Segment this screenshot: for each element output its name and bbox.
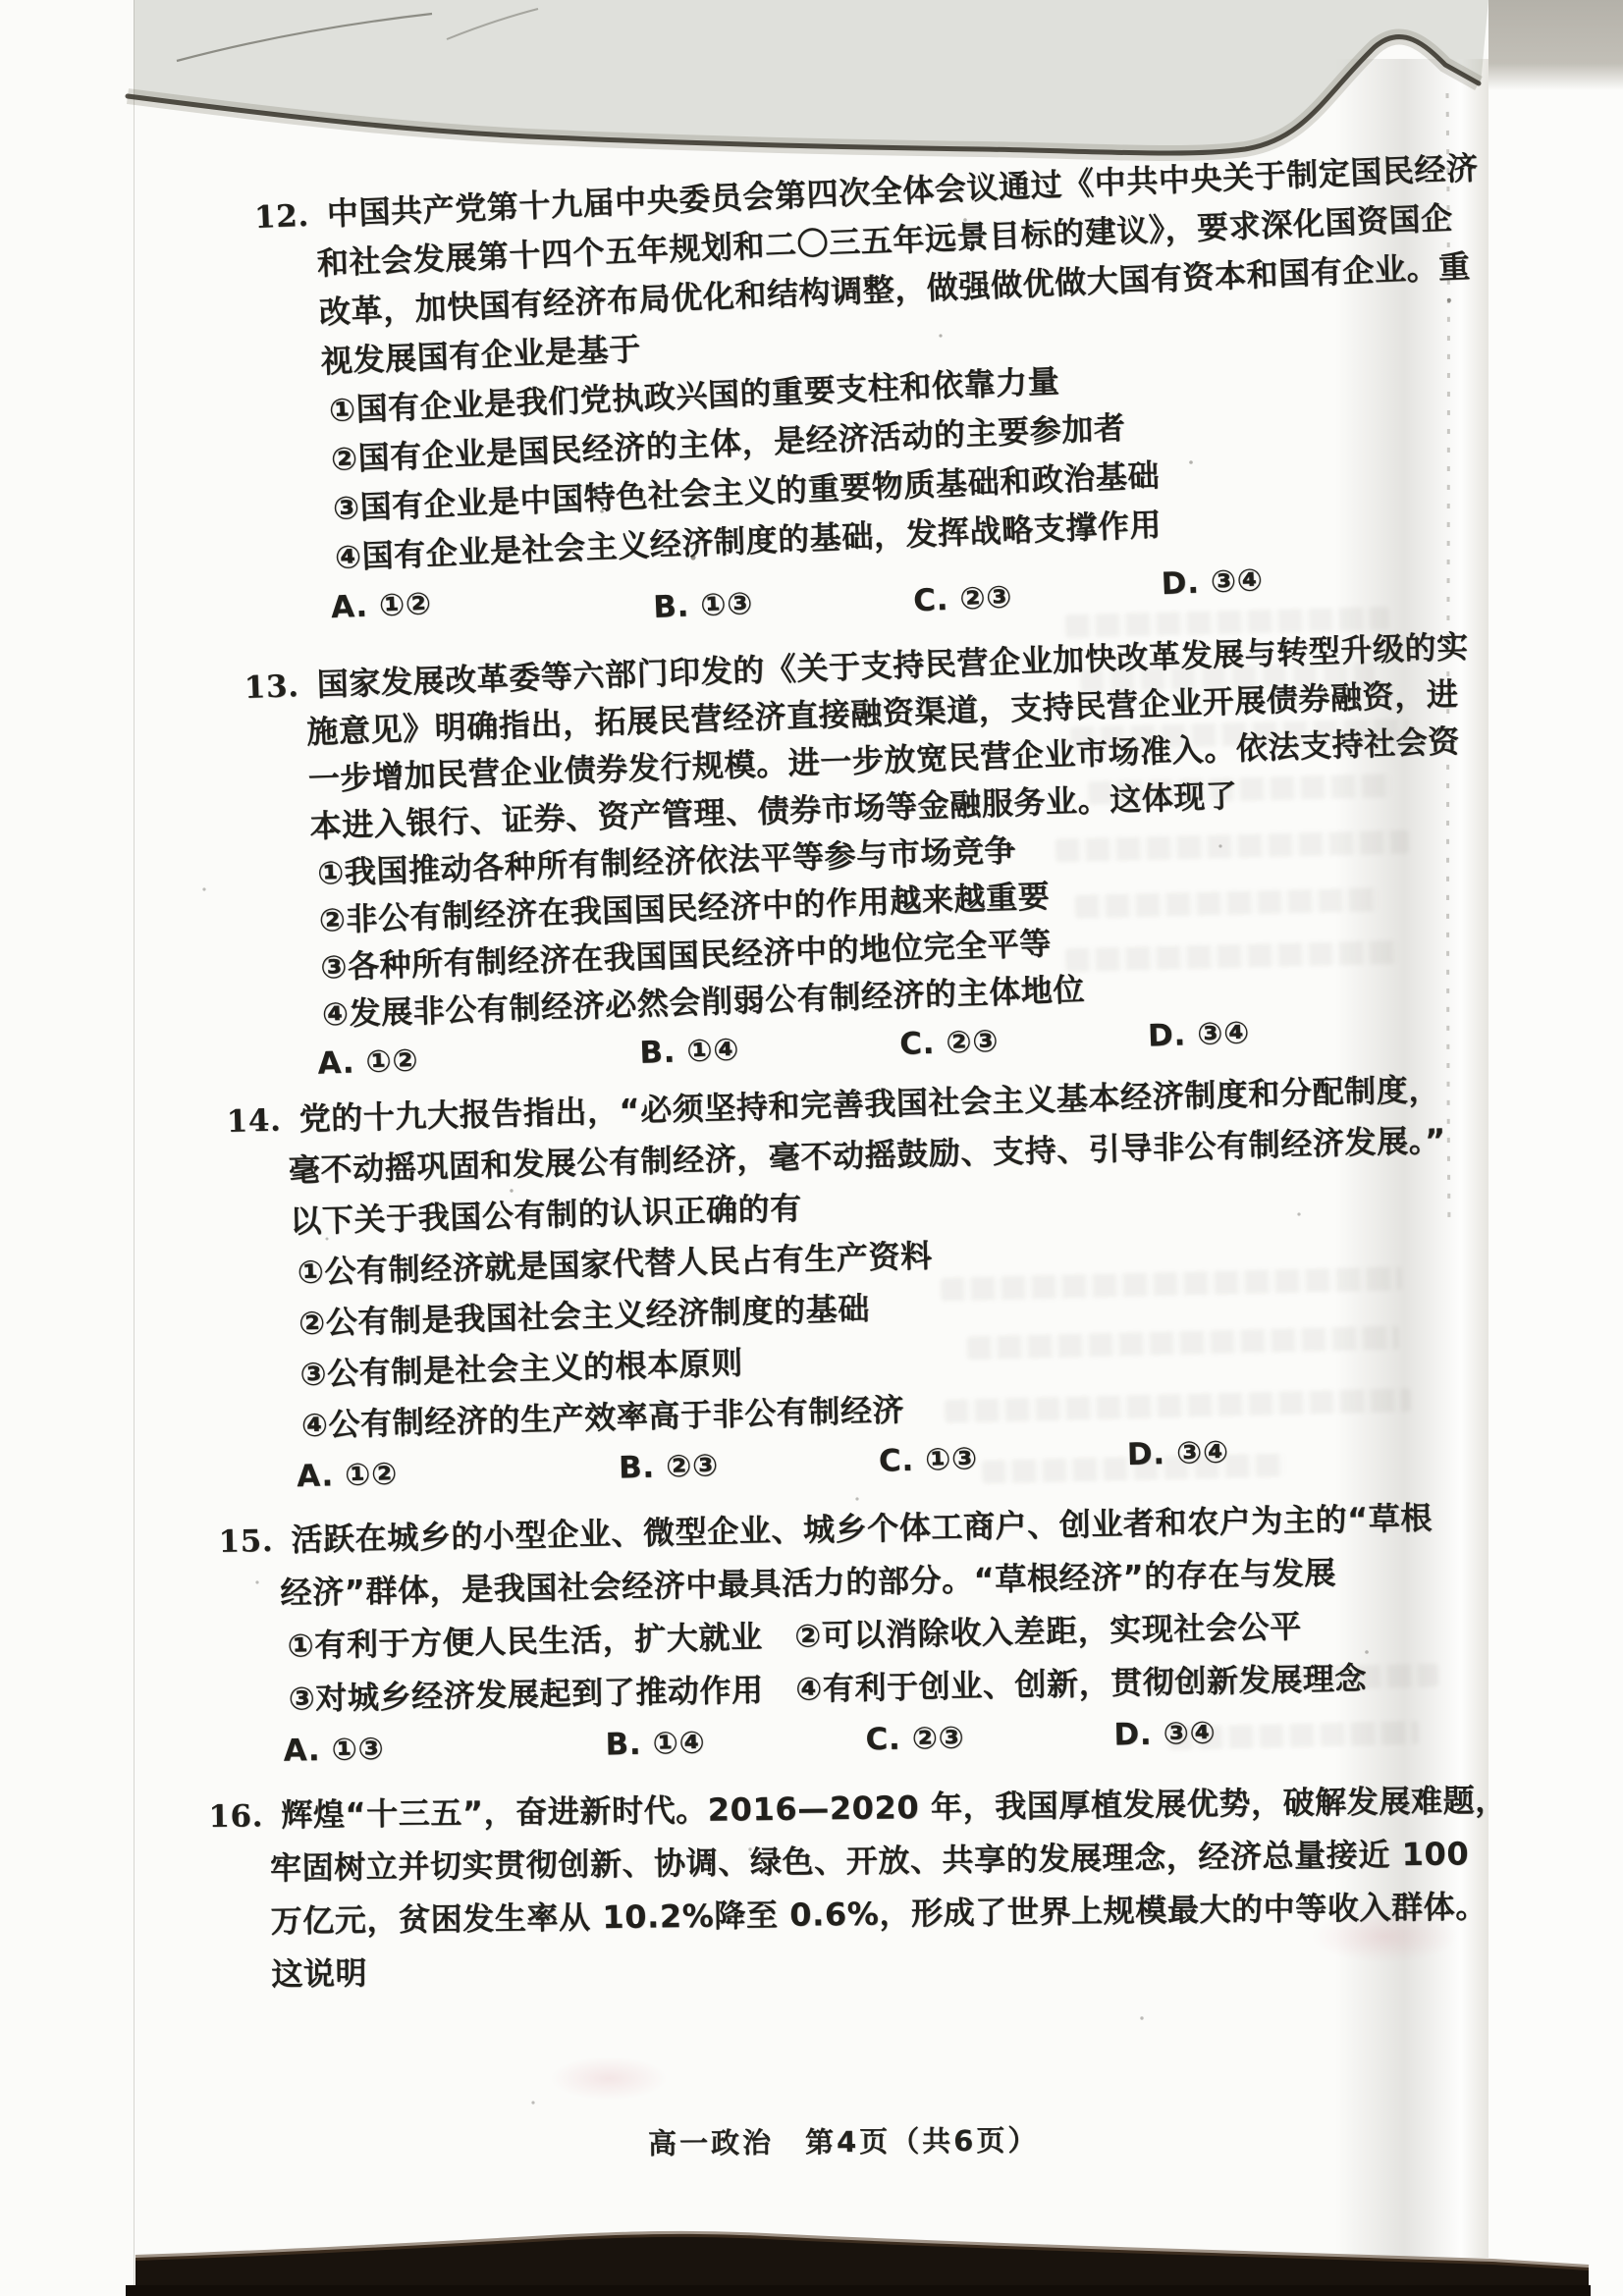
choice-d: D. ③④: [1147, 1015, 1250, 1053]
choice-d: D. ③④: [1126, 1434, 1229, 1472]
choice-a: A. ①②: [330, 586, 432, 625]
question-16: 16.辉煌“十三五”，奋进新时代。2016—2020 年，我国厚植发展优势，破解…: [208, 1774, 1517, 2002]
stem-text: 辉煌“十三五”，奋进新时代。2016—2020 年，我国厚植发展优势，破解发展难…: [281, 1782, 1507, 1834]
choice-c: C. ②③: [913, 579, 1013, 618]
choice-a: A. ①②: [317, 1042, 419, 1081]
choice-c: C. ②③: [865, 1720, 965, 1757]
question-14: 14.党的十九大报告指出，“必须坚持和完善我国社会主义基本经济制度和分配制度， …: [226, 1061, 1542, 1512]
question-13: 13.国家发展改革委等六部门印发的《关于支持民营企业加快改革发展与转型升级的实 …: [243, 620, 1563, 1099]
scan-left-margin: [0, 0, 135, 2296]
question-number: 15.: [218, 1515, 292, 1569]
pink-scan-stain: [550, 2056, 668, 2101]
question-number: 14.: [226, 1095, 299, 1148]
choice-c: C. ②③: [899, 1024, 1000, 1062]
choice-c: C. ①③: [879, 1441, 979, 1479]
scanner-lid-corner: [1488, 0, 1623, 90]
page-footer: 高一政治 第4页（共6页）: [648, 2118, 1040, 2162]
question-12: 12.中国共产党第十九届中央委员会第四次全体会议通过《中共中央关于制定国民经济 …: [253, 140, 1576, 644]
choice-a: A. ①②: [297, 1457, 399, 1495]
question-number: 12.: [253, 190, 328, 242]
question-15: 15.活跃在城乡的小型企业、微型企业、城乡个体工商户、创业者和农户为主的“草根 …: [218, 1489, 1529, 1785]
question-number: 13.: [243, 663, 318, 712]
choice-a: A. ①③: [283, 1732, 384, 1769]
footer-text: 高一政治 第4页（共6页）: [648, 2123, 1040, 2160]
choice-d: D. ③④: [1161, 562, 1264, 602]
choice-d: D. ③④: [1113, 1716, 1216, 1753]
choice-b: B. ①④: [605, 1726, 705, 1763]
question-number: 16.: [208, 1789, 282, 1843]
choice-b: B. ①③: [653, 586, 754, 625]
choice-b: B. ①④: [639, 1032, 740, 1070]
choice-b: B. ②③: [619, 1448, 720, 1486]
